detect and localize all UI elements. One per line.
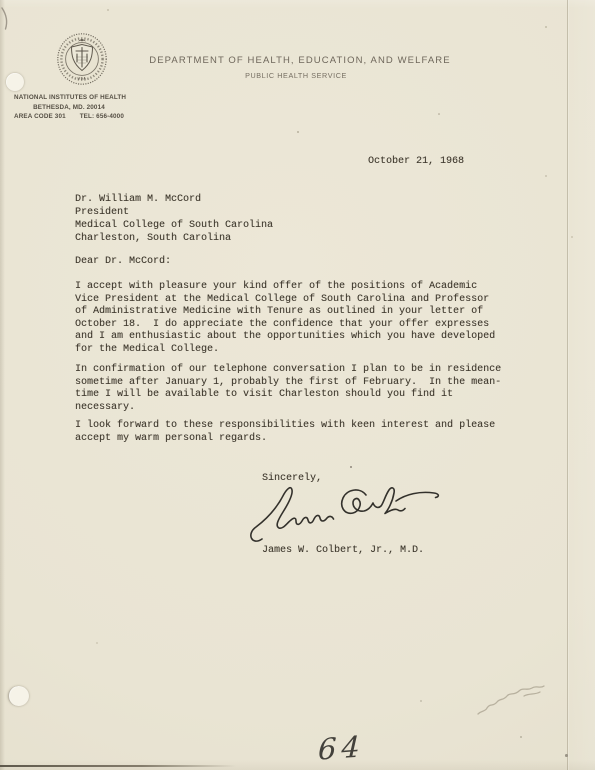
pencil-scribble — [474, 684, 552, 718]
recipient-name: Dr. William M. McCord — [75, 193, 273, 206]
fold-crease — [567, 0, 568, 770]
speck — [545, 175, 547, 177]
service-subtitle: PUBLIC HEALTH SERVICE — [0, 71, 592, 80]
speck — [350, 466, 352, 468]
recipient-city: Charleston, South Carolina — [75, 232, 273, 245]
speck — [107, 9, 109, 11]
institute-area-code: AREA CODE 301 — [14, 112, 66, 122]
scanned-letter-page: USA DEPARTMENT OF HEALTH, EDUCATION, AND… — [0, 0, 595, 770]
recipient-address: Dr. William M. McCord President Medical … — [75, 193, 273, 245]
institute-address: BETHESDA, MD. 20014 — [14, 103, 124, 113]
body-paragraph-2: In confirmation of our telephone convers… — [75, 364, 501, 414]
page-number-handwritten: 64 — [317, 729, 365, 766]
speck — [545, 26, 547, 28]
salutation: Dear Dr. McCord: — [75, 256, 171, 269]
institute-block: NATIONAL INSTITUTES OF HEALTH BETHESDA, … — [14, 93, 124, 122]
speck — [297, 131, 299, 133]
signature-handwriting — [248, 482, 446, 546]
institute-name: NATIONAL INSTITUTES OF HEALTH — [14, 93, 124, 103]
typed-name: James W. Colbert, Jr., M.D. — [262, 545, 424, 558]
recipient-title: President — [75, 206, 273, 219]
body-paragraph-3: I look forward to these responsibilities… — [75, 420, 495, 445]
institute-telephone: TEL: 656-4000 — [80, 112, 124, 122]
date-line: October 21, 1968 — [368, 156, 464, 169]
body-paragraph-1: I accept with pleasure your kind offer o… — [75, 281, 495, 357]
department-title: DEPARTMENT OF HEALTH, EDUCATION, AND WEL… — [5, 55, 595, 66]
paper-bottom-edge — [0, 765, 236, 767]
speck — [420, 700, 422, 702]
speck — [96, 642, 98, 644]
recipient-institution: Medical College of South Carolina — [75, 219, 273, 232]
punch-hole-bottom — [8, 686, 29, 706]
speck — [520, 736, 522, 738]
speck — [571, 236, 573, 238]
speck — [438, 113, 440, 115]
edge-mark — [0, 6, 14, 32]
punch-hole-top — [6, 73, 24, 91]
